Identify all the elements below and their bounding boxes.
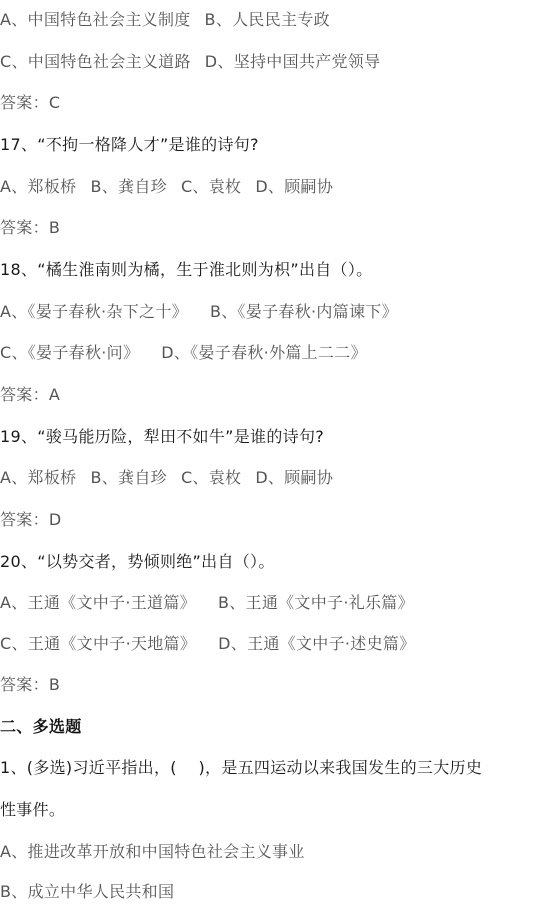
q17-answer: 答案：B	[0, 217, 60, 239]
option-b: B、龚自珍	[90, 468, 166, 487]
option-d: D、坚持中国共产党领导	[205, 52, 381, 71]
option-a: A、王通《文中子·王道篇》	[0, 593, 196, 612]
mq1-option-a: A、推进改革开放和中国特色社会主义事业	[0, 841, 305, 863]
q18-question: 18、“橘生淮南则为橘，生于淮北则为枳”出自（）。	[0, 259, 372, 281]
option-c: C、王通《文中子·天地篇》	[0, 634, 196, 653]
option-d: D、顾嗣协	[255, 177, 333, 196]
q20-question: 20、“以势交者，势倾则绝”出自（）。	[0, 551, 275, 573]
option-c: C、《晏子春秋·问》	[0, 343, 139, 362]
q19-answer: 答案：D	[0, 509, 62, 531]
q18-answer: 答案：A	[0, 384, 60, 406]
option-c: C、袁枚	[181, 177, 241, 196]
option-b: B、王通《文中子·礼乐篇》	[218, 593, 414, 612]
q20-options-line1: A、王通《文中子·王道篇》B、王通《文中子·礼乐篇》	[0, 592, 414, 614]
q18-options-line2: C、《晏子春秋·问》D、《晏子春秋·外篇上二二》	[0, 342, 367, 364]
option-a: A、中国特色社会主义制度	[0, 10, 191, 29]
option-d: D、顾嗣协	[255, 468, 333, 487]
q19-options: A、郑板桥B、龚自珍C、袁枚D、顾嗣协	[0, 467, 333, 489]
q17-options: A、郑板桥B、龚自珍C、袁枚D、顾嗣协	[0, 176, 333, 198]
option-c: C、中国特色社会主义道路	[0, 52, 191, 71]
option-a: A、郑板桥	[0, 177, 76, 196]
mq1-question-line2: 性事件。	[0, 799, 65, 821]
mq1-question-line1: 1、(多选)习近平指出，( )，是五四运动以来我国发生的三大历史	[0, 757, 482, 779]
prev-options-line2: C、中国特色社会主义道路D、坚持中国共产党领导	[0, 51, 380, 73]
q20-answer: 答案：B	[0, 674, 60, 696]
q20-options-line2: C、王通《文中子·天地篇》D、王通《文中子·述史篇》	[0, 633, 415, 655]
prev-options-line1: A、中国特色社会主义制度B、人民民主专政	[0, 9, 330, 31]
option-c: C、袁枚	[181, 468, 241, 487]
mq1-option-b: B、成立中华人民共和国	[0, 881, 174, 903]
q18-options-line1: A、《晏子春秋·杂下之十》B、《晏子春秋·内篇谏下》	[0, 301, 398, 323]
q19-question: 19、“骏马能历险，犁田不如牛”是谁的诗句?	[0, 426, 324, 448]
option-b: B、《晏子春秋·内篇谏下》	[210, 302, 398, 321]
option-b: B、人民民主专政	[205, 10, 330, 29]
section-heading: 二、多选题	[0, 716, 82, 738]
q17-question: 17、“不拘一格降人才”是谁的诗句?	[0, 134, 259, 156]
option-a: A、郑板桥	[0, 468, 76, 487]
prev-answer: 答案：C	[0, 92, 60, 114]
option-d: D、《晏子春秋·外篇上二二》	[161, 343, 367, 362]
option-b: B、龚自珍	[90, 177, 166, 196]
option-a: A、《晏子春秋·杂下之十》	[0, 302, 188, 321]
option-d: D、王通《文中子·述史篇》	[218, 634, 415, 653]
